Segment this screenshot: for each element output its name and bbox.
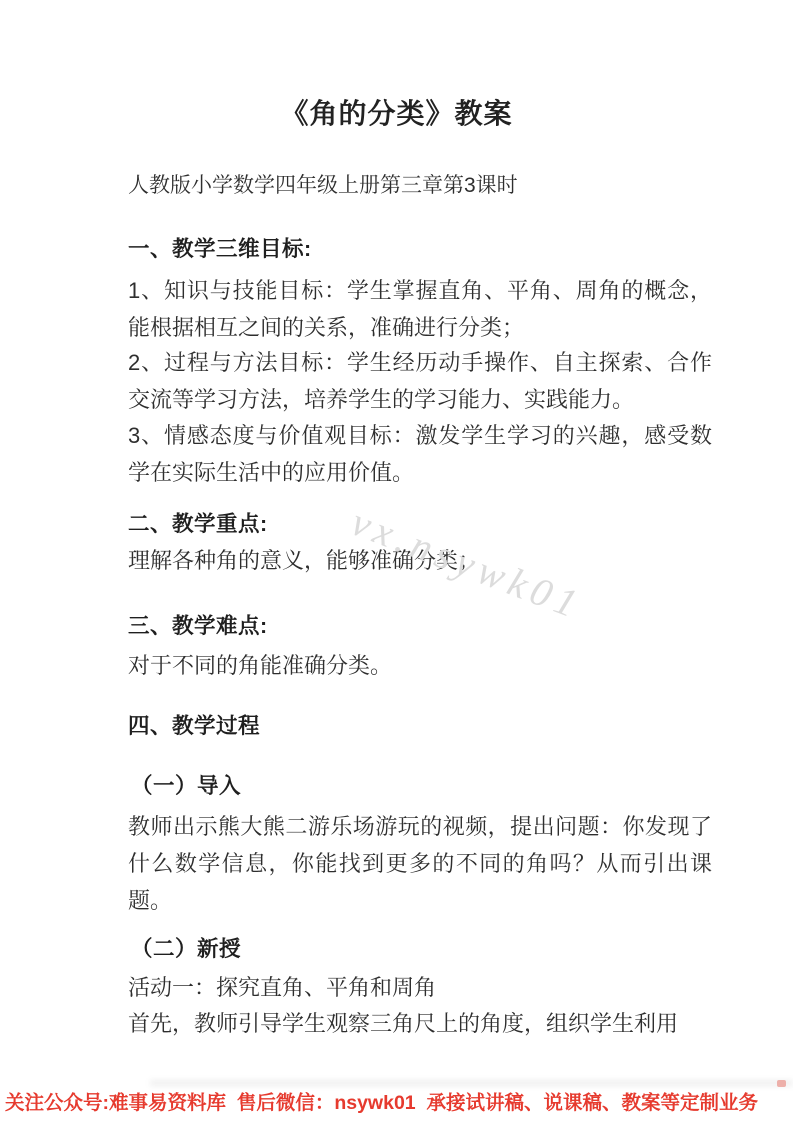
objective-item-2: 2、过程与方法目标：学生经历动手操作、自主探索、合作交流等学习方法，培养学生的学… bbox=[128, 344, 712, 418]
intro-body: 教师出示熊大熊二游乐场游玩的视频，提出问题：你发现了什么数学信息，你能找到更多的… bbox=[128, 808, 712, 919]
section-heading-difficulties: 三、教学难点: bbox=[128, 610, 712, 642]
difficulties-body: 对于不同的角能准确分类。 bbox=[128, 650, 712, 682]
objective-item-1: 1、知识与技能目标：学生掌握直角、平角、周角的概念，能根据相互之间的关系，准确进… bbox=[128, 272, 712, 346]
page-artifact-speck bbox=[777, 1080, 786, 1087]
document-page: 《角的分类》教案 人教版小学数学四年级上册第三章第3课时 一、教学三维目标: 1… bbox=[0, 0, 793, 1122]
footer-promo-text: 关注公众号:难事易资料库 售后微信：nsywk01 承接试讲稿、说课稿、教案等定… bbox=[0, 1088, 793, 1118]
key-points-body: 理解各种角的意义，能够准确分类； bbox=[128, 545, 712, 577]
section-heading-process: 四、教学过程 bbox=[128, 710, 712, 742]
activity-title-line: 活动一：探究直角、平角和周角 bbox=[128, 972, 712, 1004]
subsection-heading-intro: （一）导入 bbox=[131, 770, 715, 802]
section-heading-key-points: 二、教学重点: bbox=[128, 508, 712, 540]
section-heading-objectives: 一、教学三维目标: bbox=[128, 233, 712, 265]
activity-detail-line: 首先，教师引导学生观察三角尺上的角度，组织学生利用 bbox=[128, 1008, 712, 1040]
doc-title: 《角的分类》教案 bbox=[0, 94, 793, 134]
objective-item-3: 3、情感态度与价值观目标：激发学生学习的兴趣，感受数学在实际生活中的应用价值。 bbox=[128, 417, 712, 491]
page-edge-shadow bbox=[150, 1080, 793, 1086]
subsection-heading-new-lesson: （二）新授 bbox=[131, 933, 715, 965]
doc-subtitle: 人教版小学数学四年级上册第三章第3课时 bbox=[128, 170, 712, 202]
